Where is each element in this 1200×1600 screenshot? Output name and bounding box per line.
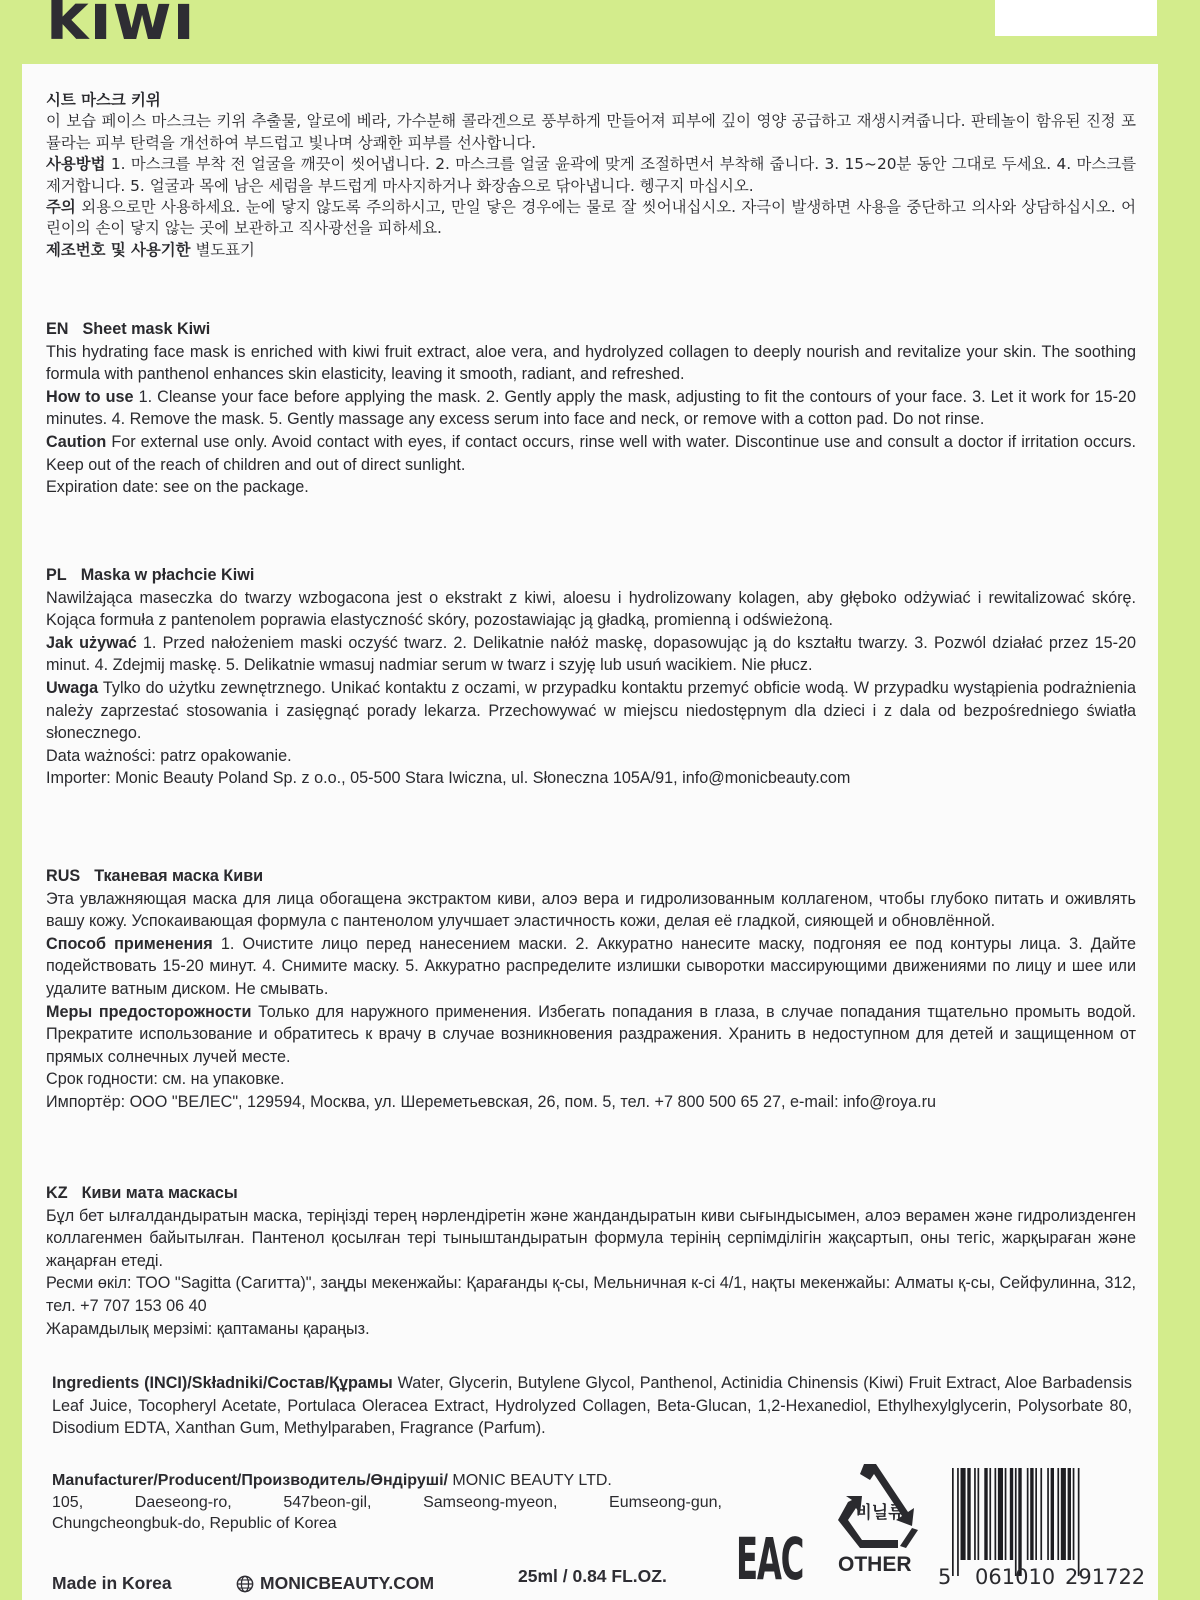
ingredients-block: Ingredients (INCI)/Składniki/Состав/Құра… [52,1372,1132,1440]
expiry-text: Data ważności: patrz opakowanie. [46,745,1136,768]
manufacturer-address-line1: 105, Daeseong-ro, 547beon-gil, Samseong-… [52,1492,722,1514]
importer-text: Importer: Monic Beauty Poland Sp. z o.o.… [46,767,1136,790]
usage-text: 1. 마스크를 부착 전 얼굴을 깨끗이 씻어냅니다. 2. 마스크를 얼굴 윤… [46,155,1136,194]
manufacturer-name: MONIC BEAUTY LTD. [452,1472,611,1489]
caution-label: Меры предосторожности [46,1003,251,1021]
corner-label-area [995,0,1157,36]
caution-label: Caution [46,433,106,451]
expiry-text: Жарамдылық мерзімі: қаптаманы қараңыз. [46,1318,1136,1341]
made-in-label: Made in Korea [52,1573,172,1594]
usage-label: 사용방법 [46,155,105,173]
volume-label: 25ml / 0.84 FL.OZ. [518,1566,667,1587]
section-kazakh: KZКиви мата маскасы Бұл бет ылғалдандыра… [46,1182,1136,1340]
expiry-text: Срок годности: см. на упаковке. [46,1068,1136,1091]
usage-label: Jak używać [46,634,137,652]
language-code: PL [46,566,67,584]
address-part: Eumseong-gun, [609,1492,722,1514]
caution-label: 주의 [46,198,76,216]
website-text: MONICBEAUTY.COM [260,1573,434,1594]
expiry-label: 제조번호 및 사용기한 [46,241,191,259]
barcode-digits-left: 061010 [975,1565,1055,1589]
manufacturer-block: Manufacturer/Producent/Производитель/Өнд… [52,1470,722,1535]
section-english: ENSheet mask Kiwi This hydrating face ma… [46,318,1136,499]
section-russian: RUSТканевая маска Киви Эта увлажняющая м… [46,865,1136,1114]
usage-text: 1. Cleanse your face before applying the… [46,388,1136,429]
section-description: Nawilżająca maseczka do twarzy wzbogacon… [46,587,1136,632]
section-title: Sheet mask Kiwi [83,320,211,338]
eac-mark-icon: EAC [736,1530,803,1588]
section-description: Бұл бет ылғалдандыратын маска, теріңізді… [46,1205,1136,1273]
manufacturer-address-line2: Chungcheongbuk-do, Republic of Korea [52,1513,722,1535]
language-code: KZ [46,1184,68,1202]
section-title: 시트 마스크 키위 [46,90,1136,111]
address-part: Samseong-myeon, [423,1492,557,1514]
globe-icon [236,1575,254,1593]
usage-label: How to use [46,388,133,406]
language-code: EN [46,320,69,338]
caution-text: Tylko do użytku zewnętrznego. Unikać kon… [46,679,1136,742]
label-panel [22,64,1158,1600]
address-part: 547beon-gil, [283,1492,371,1514]
usage-label: Способ применения [46,935,213,953]
caution-text: For external use only. Avoid contact wit… [46,433,1136,474]
expiry-text: 별도표기 [195,241,254,259]
section-korean: 시트 마스크 키위 이 보습 페이스 마스크는 키위 추출물, 알로에 베라, … [46,90,1136,261]
expiry-text: Expiration date: see on the package. [46,476,1136,499]
section-title: Киви мата маскасы [82,1184,238,1202]
section-description: Эта увлажняющая маска для лица обогащена… [46,888,1136,933]
recycle-icon: 비닐류 [830,1460,926,1552]
recycle-korean-text: 비닐류 [855,1502,905,1523]
address-part: 105, [52,1492,83,1514]
representative-text: Ресми өкіл: ТОО "Sagitta (Сагитта)", заң… [46,1272,1136,1317]
section-description: This hydrating face mask is enriched wit… [46,341,1136,386]
address-part: Daeseong-ro, [135,1492,232,1514]
ingredients-label: Ingredients (INCI)/Składniki/Состав/Құра… [52,1374,393,1392]
recycle-label: OTHER [838,1553,912,1577]
section-title: Тканевая маска Киви [94,867,263,885]
barcode-icon [950,1468,1150,1578]
importer-text: Импортёр: ООО "ВЕЛЕС", 129594, Москва, у… [46,1091,1136,1114]
section-title: Maska w płachcie Kiwi [81,566,255,584]
website[interactable]: MONICBEAUTY.COM [236,1573,434,1594]
section-description: 이 보습 페이스 마스크는 키위 추출물, 알로에 베라, 가수분해 콜라겐으로… [46,111,1136,154]
manufacturer-label: Manufacturer/Producent/Производитель/Өнд… [52,1472,448,1489]
caution-label: Uwaga [46,679,98,697]
barcode-digits-right: 291722 [1065,1565,1145,1589]
usage-text: 1. Przed nałożeniem maski oczyść twarz. … [46,634,1136,675]
section-polish: PLMaska w płachcie Kiwi Nawilżająca mase… [46,564,1136,790]
language-code: RUS [46,867,80,885]
barcode-digit-first: 5 [938,1565,951,1589]
caution-text: 외용으로만 사용하세요. 눈에 닿지 않도록 주의하시고, 만일 닿은 경우에는… [46,198,1136,237]
product-title: kiwi [46,0,196,50]
